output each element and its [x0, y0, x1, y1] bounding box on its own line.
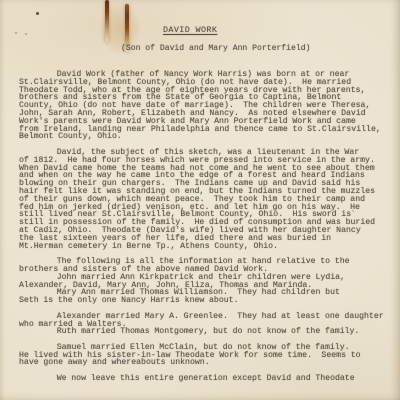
paper-speck: [36, 12, 39, 15]
document-subtitle: (Son of David and Mary Ann Porterfield): [121, 44, 310, 53]
paragraph-alexander-ruth: Alexander married Mary A. Greenlee. They…: [19, 313, 393, 336]
paragraph-closing: We now leave this entire generation exce…: [19, 375, 393, 383]
paragraph-samuel: Samuel married Ellen McClain, but do not…: [19, 344, 393, 367]
paper-speck: [15, 32, 17, 34]
rust-stain-streak-left: [105, 0, 109, 42]
paragraph-siblings-info: The following is all the information at …: [19, 258, 393, 305]
document-title: DAVID WORK: [163, 25, 217, 35]
paper-speck: [25, 33, 27, 35]
document-body: David Work (father of Nancy Work Harris)…: [19, 71, 393, 391]
document-page: DAVID WORK (Son of David and Mary Ann Po…: [0, 0, 400, 400]
paragraph-intro: David Work (father of Nancy Work Harris)…: [19, 71, 393, 141]
rust-stain-halo: [92, 0, 148, 64]
paragraph-war-of-1812: David, the subject of this sketch, was a…: [19, 149, 393, 250]
